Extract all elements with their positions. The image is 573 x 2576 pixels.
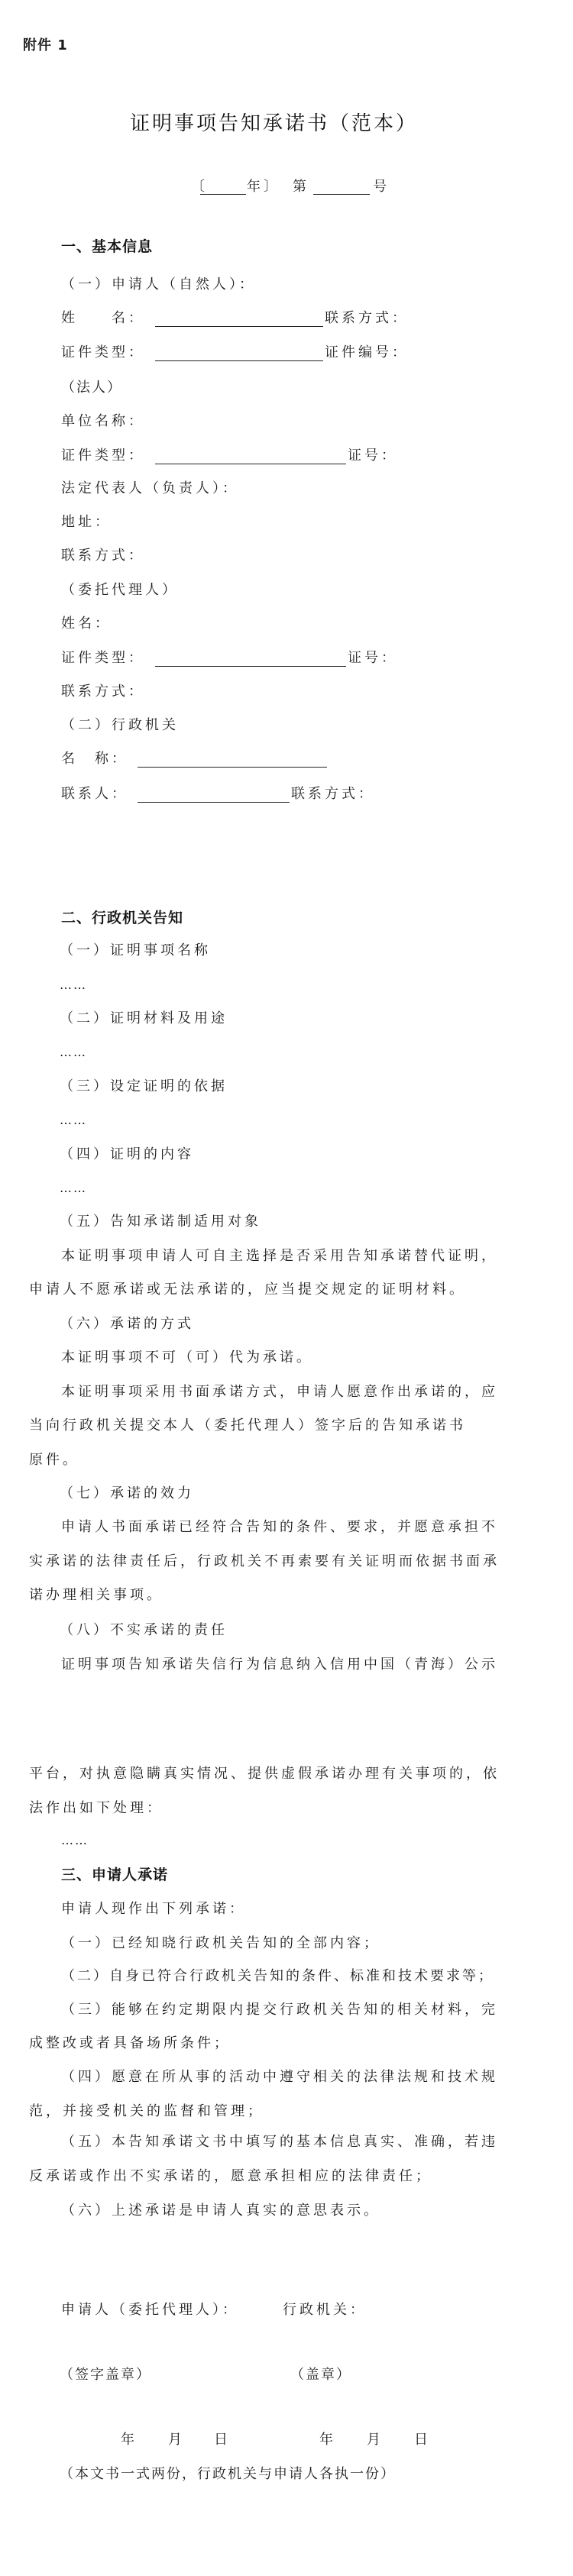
agent-id-no-label: 证号：: [348, 649, 398, 667]
commitment-item-4: （四）愿意在所从事的活动中遵守相关的法律法规和技术规: [61, 2068, 498, 2086]
notice-item-8-line: 证明事项告知承诺失信行为信息纳入信用中国（青海）公示: [61, 1656, 498, 1674]
applicant-natural-label: （一）申请人（自然人）：: [61, 276, 256, 294]
commitment-item-3: （三）能够在约定期限内提交行政机关告知的相关材料，完: [61, 2001, 498, 2019]
section2-heading: 二、行政机关告知: [61, 909, 183, 927]
notice-item-8-line: 法作出如下处理：: [29, 1799, 163, 1818]
legal-id-no-label: 证号：: [348, 447, 398, 465]
notice-item-6-line: 原件。: [29, 1451, 79, 1469]
notice-item-8-line: 平台，对执意隐瞒真实情况、提供虚假承诺办理有关事项的，依: [29, 1765, 500, 1783]
agent-id-type-label: 证件类型：: [61, 649, 145, 667]
notice-item-4-label: （四）证明的内容: [60, 1146, 194, 1164]
agent-id-type-field[interactable]: [155, 666, 346, 667]
name-field[interactable]: [155, 326, 323, 327]
admin-org-label: （二）行政机关: [61, 716, 179, 735]
org-name-label: 单位名称：: [61, 412, 145, 431]
contact-person-label: 联系人：: [61, 785, 128, 803]
copies-footnote: （本文书一式两份，行政机关与申请人各执一份）: [60, 2465, 396, 2484]
legal-person-label: （法人）: [61, 379, 122, 397]
hao-label: 号: [373, 178, 390, 196]
notice-item-8-ellipsis: ……: [61, 1831, 89, 1850]
admin-contact-label: 联系方式：: [291, 785, 375, 803]
di-label: 第: [293, 178, 309, 196]
notice-item-5-line: 本证明事项申请人可自主选择是否采用告知承诺替代证明，: [61, 1247, 498, 1265]
section3-heading: 三、申请人承诺: [61, 1866, 168, 1884]
notice-item-2-label: （二）证明材料及用途: [60, 1010, 228, 1028]
date-month: 月: [168, 2431, 185, 2449]
name-label: 姓 名：: [61, 309, 145, 328]
commitment-item-2: （二）自身已符合行政机关告知的条件、标准和技术要求等；: [61, 1967, 494, 1986]
notice-item-5-label: （五）告知承诺制适用对象: [60, 1213, 261, 1231]
commitment-item-6: （六）上述承诺是申请人真实的意思表示。: [61, 2202, 380, 2220]
notice-item-3-body: ……: [60, 1111, 87, 1130]
id-number-label: 证件编号：: [325, 344, 409, 362]
id-type-field[interactable]: [155, 360, 323, 361]
commitment-item-4-cont: 范，并接受机关的监督和管理；: [29, 2102, 264, 2121]
agent-name-label: 姓名：: [61, 615, 112, 633]
commitment-item-3-cont: 成整改或者具备场所条件；: [29, 2035, 231, 2053]
notice-item-7-line: 申请人书面承诺已经符合告知的条件、要求，并愿意承担不: [61, 1518, 498, 1537]
date-year: 年: [121, 2431, 138, 2449]
notice-item-3-label: （三）设定证明的依据: [60, 1078, 228, 1096]
legal-rep-label: 法定代表人（负责人）：: [61, 480, 239, 498]
applicant-seal-label: （签字盖章）: [60, 2366, 151, 2384]
notice-item-2-body: ……: [60, 1043, 87, 1062]
commitment-intro: 申请人现作出下列承诺：: [61, 1900, 246, 1918]
agent-label: （委托代理人）: [61, 581, 179, 600]
notice-item-7-line: 实承诺的法律责任后，行政机关不再索要有关证明而依据书面承: [29, 1553, 500, 1571]
page-title: 证明事项告知承诺书（范本）: [130, 111, 418, 137]
legal-id-type-label: 证件类型：: [61, 447, 145, 465]
notice-item-6-label: （六）承诺的方式: [60, 1315, 194, 1333]
number-field[interactable]: [313, 194, 370, 195]
notice-item-8-label: （八）不实承诺的责任: [60, 1621, 228, 1640]
date-day: 日: [414, 2431, 431, 2449]
applicant-signature-label: 申请人（委托代理人）：: [61, 2301, 239, 2319]
admin-name-field[interactable]: [138, 767, 327, 768]
notice-item-6-line: 本证明事项采用书面承诺方式，申请人愿意作出承诺的，应: [61, 1383, 498, 1401]
date-year: 年: [319, 2431, 336, 2449]
admin-seal-label: （盖章）: [290, 2366, 351, 2384]
notice-item-7-label: （七）承诺的效力: [60, 1485, 194, 1503]
legal-id-type-field[interactable]: [155, 464, 346, 464]
notice-item-6-line: 当向行政机关提交本人（委托代理人）签字后的告知承诺书: [29, 1417, 466, 1435]
section1-heading: 一、基本信息: [61, 238, 153, 256]
commitment-item-5: （五）本告知承诺文书中填写的基本信息真实、准确，若违: [61, 2133, 498, 2151]
agent-contact-label: 联系方式：: [61, 683, 145, 701]
date-day: 日: [214, 2431, 231, 2449]
notice-item-5-line: 申请人不愿承诺或无法承诺的，应当提交规定的证明材料。: [29, 1281, 466, 1299]
commitment-item-1: （一）已经知晓行政机关告知的全部内容；: [61, 1934, 380, 1953]
notice-item-1-label: （一）证明事项名称: [60, 942, 211, 960]
notice-item-6-line1: 本证明事项不可（可）代为承诺。: [61, 1349, 313, 1367]
contact-label: 联系方式：: [325, 309, 409, 328]
admin-signature-label: 行政机关：: [283, 2301, 367, 2319]
year-field[interactable]: [200, 194, 246, 195]
id-type-label: 证件类型：: [61, 344, 145, 362]
notice-item-1-body: ……: [60, 976, 87, 994]
date-month: 月: [367, 2431, 384, 2449]
admin-name-label: 名 称：: [61, 750, 128, 768]
notice-item-4-body: ……: [60, 1179, 87, 1198]
contact-person-field[interactable]: [138, 802, 290, 803]
attachment-label: 附件 1: [23, 37, 68, 55]
notice-item-7-line: 诺办理相关事项。: [29, 1586, 163, 1605]
address-label: 地址：: [61, 513, 112, 532]
commitment-item-5-cont: 反承诺或作出不实承诺的，愿意承担相应的法律责任；: [29, 2167, 432, 2186]
year-suffix: 年〕: [247, 178, 280, 196]
legal-contact-label: 联系方式：: [61, 547, 145, 565]
